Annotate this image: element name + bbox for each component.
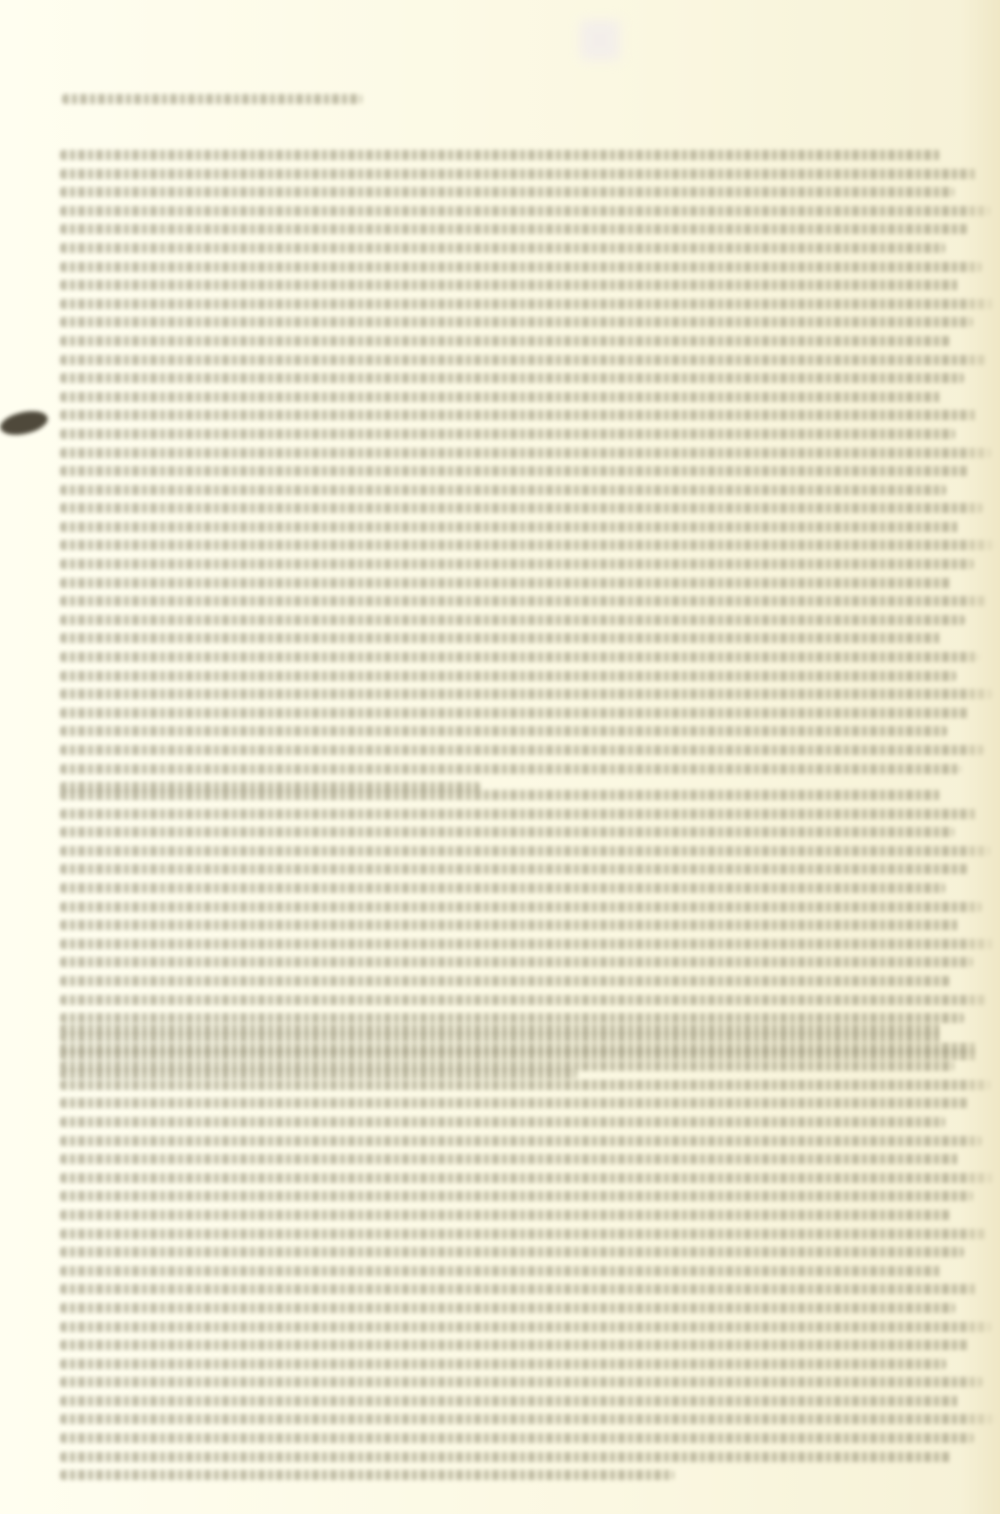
text-line bbox=[60, 522, 960, 532]
text-line bbox=[60, 150, 940, 160]
text-line bbox=[60, 1470, 674, 1480]
text-line bbox=[60, 1229, 987, 1239]
text-line bbox=[60, 224, 968, 234]
text-line bbox=[60, 671, 956, 681]
text-line bbox=[60, 920, 959, 930]
text-line bbox=[60, 764, 961, 774]
text-line bbox=[60, 846, 991, 856]
text-line bbox=[60, 827, 954, 837]
text-line bbox=[60, 1080, 991, 1090]
text-line bbox=[60, 689, 993, 699]
text-line bbox=[60, 1303, 955, 1313]
text-line bbox=[60, 578, 951, 588]
text-line bbox=[60, 466, 969, 476]
text-line bbox=[60, 373, 964, 383]
text-line bbox=[60, 809, 977, 819]
text-line bbox=[60, 1452, 951, 1462]
text-line bbox=[60, 708, 970, 718]
text-line bbox=[60, 392, 941, 402]
text-line bbox=[60, 633, 942, 643]
text-line bbox=[60, 1136, 982, 1146]
text-line bbox=[60, 1117, 945, 1127]
text-line bbox=[60, 1322, 992, 1332]
text-line bbox=[60, 726, 947, 736]
text-line bbox=[60, 902, 982, 912]
text-line bbox=[60, 883, 945, 893]
text-line bbox=[60, 1340, 969, 1350]
text-line bbox=[60, 206, 991, 216]
text-line bbox=[60, 790, 940, 800]
paragraph bbox=[60, 150, 997, 801]
text-line bbox=[60, 187, 954, 197]
text-line bbox=[60, 1359, 946, 1369]
text-line bbox=[60, 1024, 940, 1034]
text-line bbox=[60, 1284, 978, 1294]
text-line bbox=[60, 540, 997, 550]
text-line bbox=[60, 1173, 996, 1183]
text-line bbox=[60, 299, 996, 309]
text-line bbox=[60, 1414, 997, 1424]
text-line bbox=[60, 957, 973, 967]
text-line bbox=[60, 280, 959, 290]
text-line bbox=[60, 410, 978, 420]
text-line bbox=[60, 864, 968, 874]
text-line bbox=[60, 503, 983, 513]
text-line bbox=[60, 1043, 977, 1053]
document-heading bbox=[62, 94, 362, 104]
text-line bbox=[60, 169, 977, 179]
text-line bbox=[60, 1191, 973, 1201]
text-line bbox=[60, 485, 946, 495]
text-line bbox=[60, 1154, 959, 1164]
ink-mark-icon bbox=[0, 405, 50, 441]
text-line bbox=[60, 559, 974, 569]
text-line bbox=[60, 745, 984, 755]
text-line bbox=[60, 355, 987, 365]
text-line bbox=[60, 1396, 960, 1406]
text-line bbox=[60, 1210, 950, 1220]
text-line bbox=[60, 262, 982, 272]
text-line bbox=[60, 995, 987, 1005]
paper-edge bbox=[960, 0, 1000, 1514]
text-line bbox=[60, 652, 979, 662]
document-page bbox=[0, 0, 1000, 1514]
text-line bbox=[60, 1061, 954, 1071]
text-line bbox=[60, 1433, 974, 1443]
text-line bbox=[60, 939, 996, 949]
paper-stain bbox=[580, 20, 620, 60]
text-line bbox=[60, 596, 988, 606]
text-line bbox=[60, 976, 950, 986]
text-line bbox=[60, 615, 965, 625]
text-line bbox=[60, 1377, 983, 1387]
text-line bbox=[60, 1013, 964, 1023]
text-line bbox=[60, 317, 973, 327]
text-line bbox=[60, 243, 945, 253]
text-line bbox=[60, 429, 955, 439]
text-line bbox=[60, 1247, 964, 1257]
text-line bbox=[60, 448, 992, 458]
text-line bbox=[60, 1098, 968, 1108]
paragraph bbox=[60, 1024, 997, 1489]
text-line bbox=[60, 1266, 941, 1276]
text-line bbox=[60, 336, 950, 346]
